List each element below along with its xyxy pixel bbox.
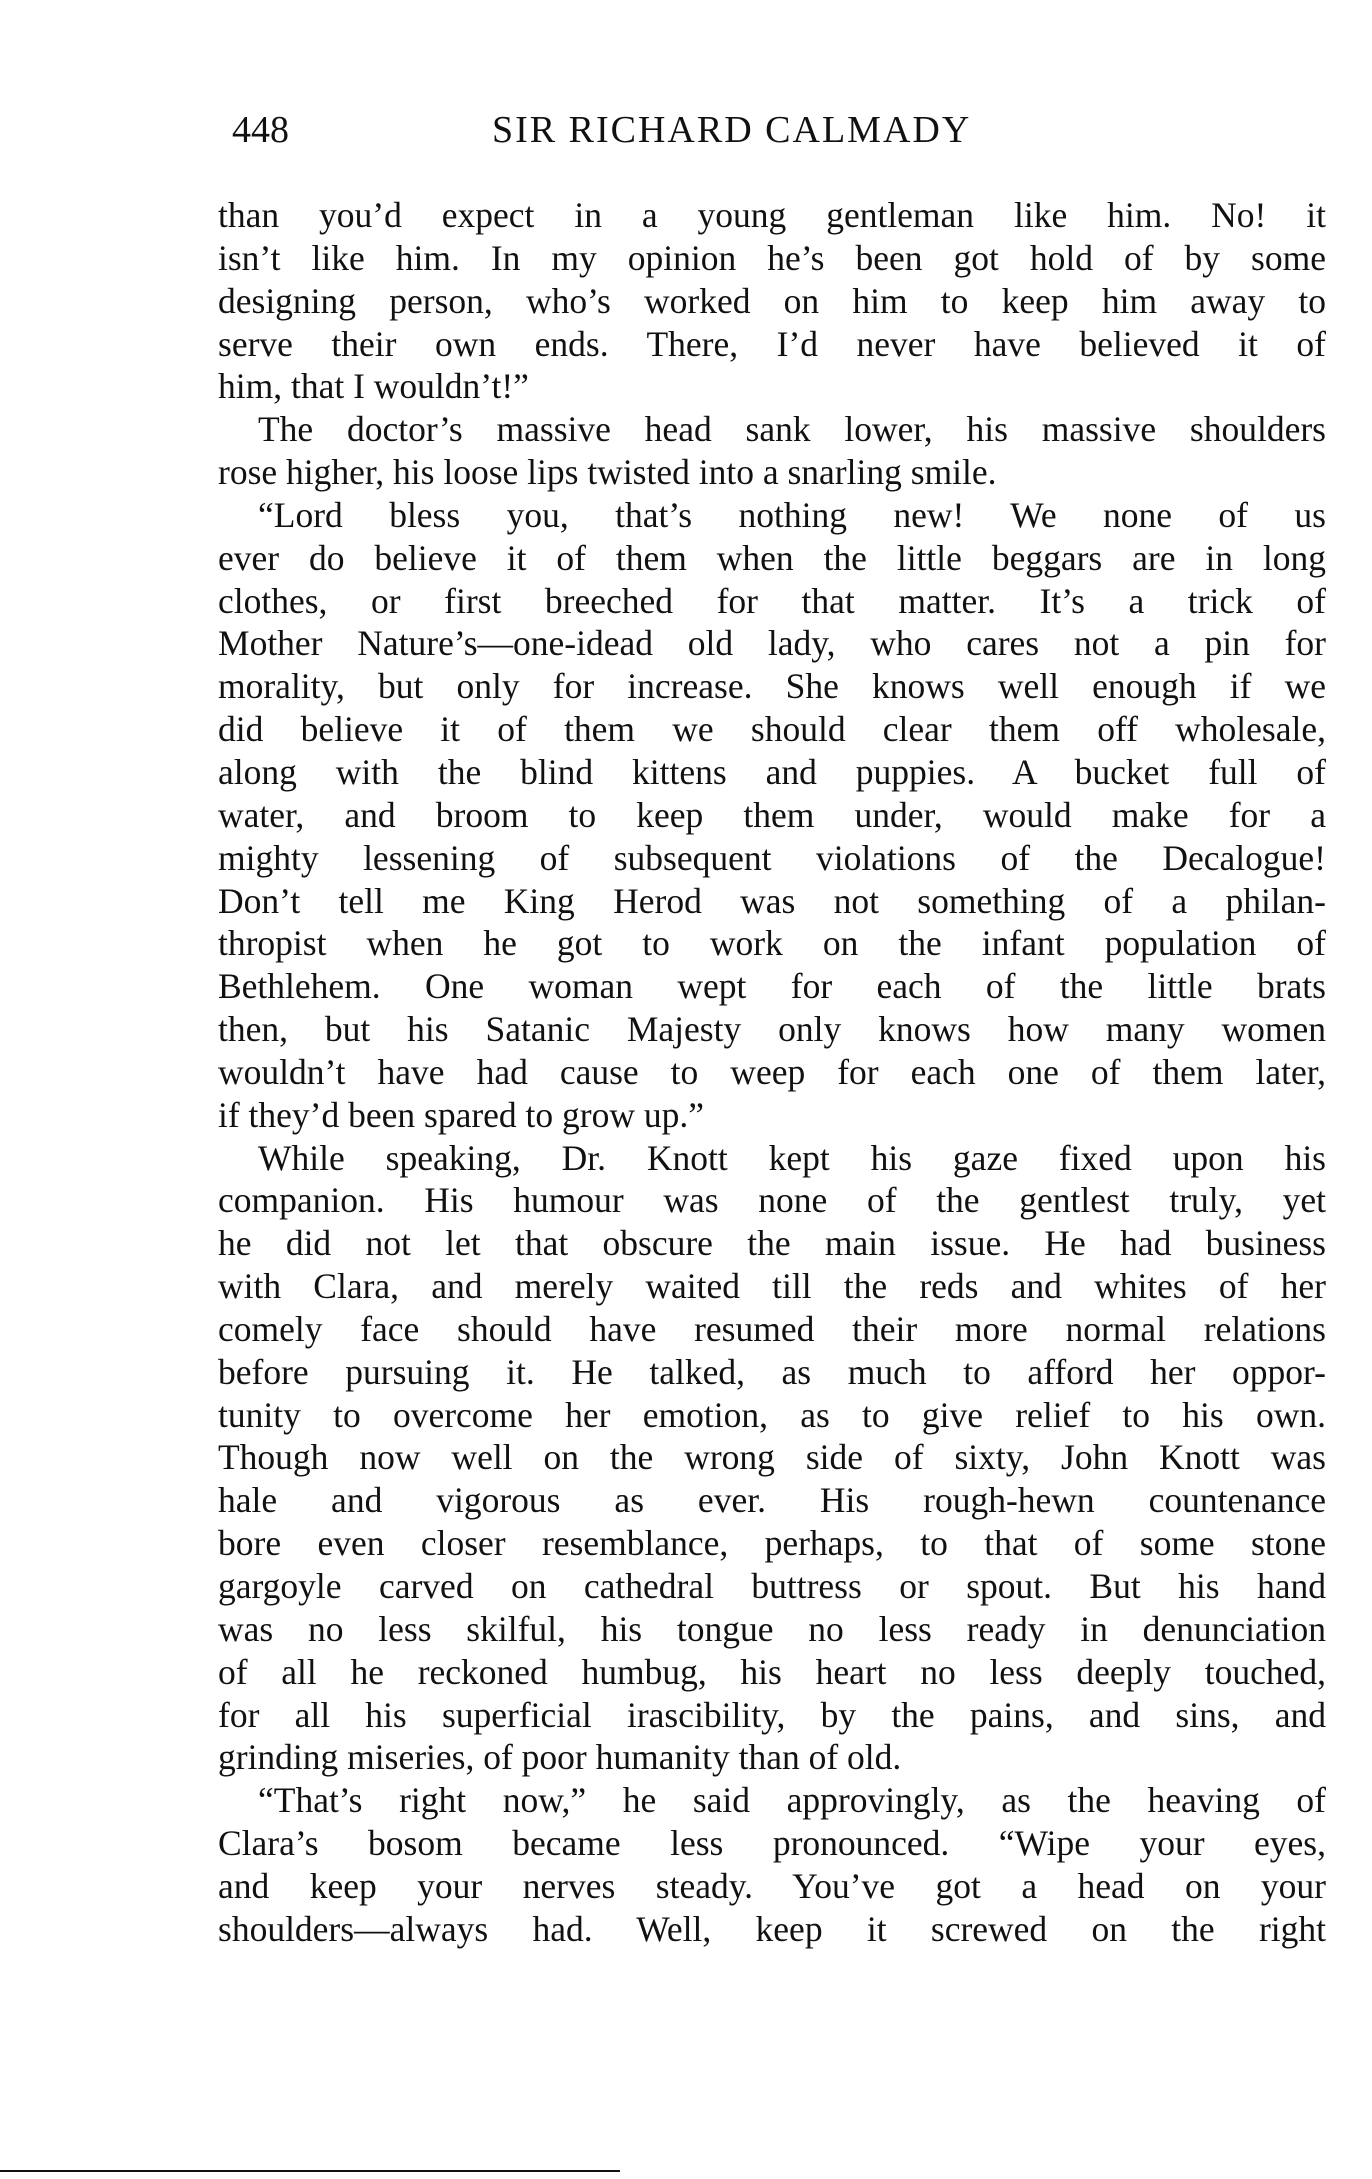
text-line: Clara’s bosom became less pronounced. “W… [218, 1822, 1326, 1865]
text-line: isn’t like him. In my opinion he’s been … [218, 237, 1326, 280]
text-line: hale and vigorous as ever. His rough-hew… [218, 1479, 1326, 1522]
text-line: rose higher, his loose lips twisted into… [218, 451, 1326, 494]
text-line: wouldn’t have had cause to weep for each… [218, 1051, 1326, 1094]
text-line: thropist when he got to work on the infa… [218, 922, 1326, 965]
text-line: mighty lessening of subsequent violation… [218, 837, 1326, 880]
text-line: did believe it of them we should clear t… [218, 708, 1326, 751]
text-line: “That’s right now,” he said approvingly,… [218, 1779, 1326, 1822]
text-line: Though now well on the wrong side of six… [218, 1436, 1326, 1479]
text-line: gargoyle carved on cathedral buttress or… [218, 1565, 1326, 1608]
text-line: The doctor’s massive head sank lower, hi… [218, 408, 1326, 451]
text-line: for all his superficial irascibility, by… [218, 1694, 1326, 1737]
text-line: of all he reckoned humbug, his heart no … [218, 1651, 1326, 1694]
bottom-edge-rule [0, 2170, 620, 2172]
text-line: morality, but only for increase. She kno… [218, 665, 1326, 708]
text-line: before pursuing it. He talked, as much t… [218, 1351, 1326, 1394]
text-line: with Clara, and merely waited till the r… [218, 1265, 1326, 1308]
page-number: 448 [232, 108, 289, 152]
text-line: designing person, who’s worked on him to… [218, 280, 1326, 323]
text-line: comely face should have resumed their mo… [218, 1308, 1326, 1351]
text-line: along with the blind kittens and puppies… [218, 751, 1326, 794]
book-page: 448 SIR RICHARD CALMADY than you’d expec… [0, 0, 1372, 2179]
text-line: than you’d expect in a young gentleman l… [218, 194, 1326, 237]
text-line: Mother Nature’s—one-idead old lady, who … [218, 622, 1326, 665]
text-line: if they’d been spared to grow up.” [218, 1094, 1326, 1137]
text-line: companion. His humour was none of the ge… [218, 1179, 1326, 1222]
text-line: ever do believe it of them when the litt… [218, 537, 1326, 580]
text-line: Bethlehem. One woman wept for each of th… [218, 965, 1326, 1008]
text-line: Don’t tell me King Herod was not somethi… [218, 880, 1326, 923]
text-line: then, but his Satanic Majesty only knows… [218, 1008, 1326, 1051]
text-line: and keep your nerves steady. You’ve got … [218, 1865, 1326, 1908]
page-body-text: than you’d expect in a young gentleman l… [218, 194, 1326, 1951]
text-line: While speaking, Dr. Knott kept his gaze … [218, 1137, 1326, 1180]
text-line: “Lord bless you, that’s nothing new! We … [218, 494, 1326, 537]
text-line: him, that I wouldn’t!” [218, 365, 1326, 408]
text-line: serve their own ends. There, I’d never h… [218, 323, 1326, 366]
text-line: bore even closer resemblance, perhaps, t… [218, 1522, 1326, 1565]
running-head: SIR RICHARD CALMADY [492, 108, 971, 152]
text-line: tunity to overcome her emotion, as to gi… [218, 1394, 1326, 1437]
text-line: clothes, or first breeched for that matt… [218, 580, 1326, 623]
text-line: he did not let that obscure the main iss… [218, 1222, 1326, 1265]
text-line: shoulders—always had. Well, keep it scre… [218, 1908, 1326, 1951]
text-line: was no less skilful, his tongue no less … [218, 1608, 1326, 1651]
text-line: grinding miseries, of poor humanity than… [218, 1736, 1326, 1779]
text-line: water, and broom to keep them under, wou… [218, 794, 1326, 837]
page-header: 448 SIR RICHARD CALMADY [232, 108, 1332, 158]
